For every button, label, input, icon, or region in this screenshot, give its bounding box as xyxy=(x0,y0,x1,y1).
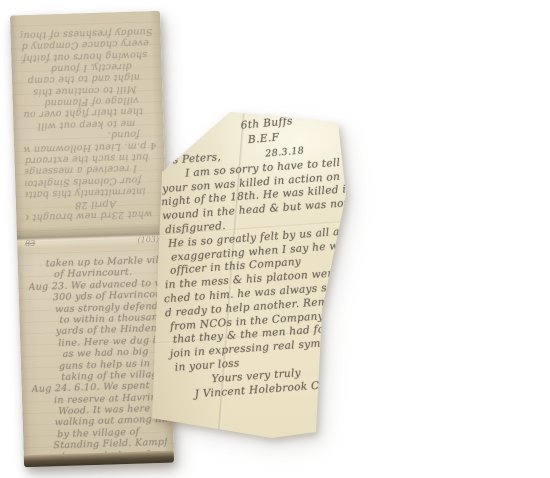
page-mark-left: 83 xyxy=(25,239,35,248)
letter-shadow-wrap: 6th Buffs B.E.F 28.3.18 Mrs Peters,I am … xyxy=(140,100,352,445)
letter-body-handwriting: Mrs Peters,I am so sorry to have to tell… xyxy=(150,142,365,404)
condolence-letter: 6th Buffs B.E.F 28.3.18 Mrs Peters,I am … xyxy=(140,100,352,445)
photo-of-documents: what 23rd new brought overApril 28interm… xyxy=(0,0,550,478)
